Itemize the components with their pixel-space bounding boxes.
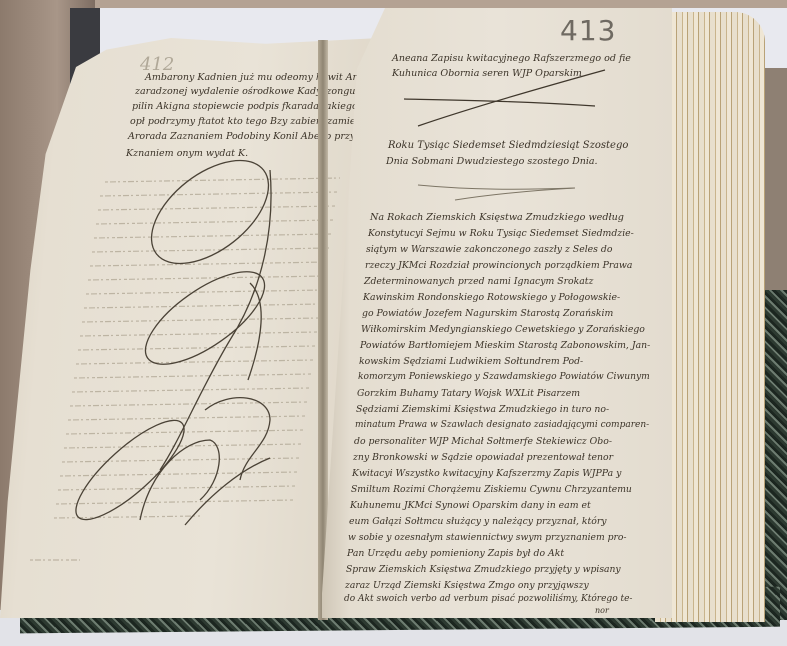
- right-page-body-line: Konstytucyi Sejmu w Roku Tysiąc Siedemse…: [368, 228, 634, 239]
- right-page-body-line: w sobie y ozesnałym stawiennictwy swym p…: [348, 532, 627, 543]
- right-page-body-line: komorzym Poniewskiego y Szawdamskiego Po…: [358, 372, 650, 382]
- right-page-body-line: eum Gałązi Sołtmcu służący y należący pr…: [349, 516, 607, 527]
- right-page-body-line: kowskim Sędziami Ludwikiem Sołtundrem Po…: [359, 356, 583, 367]
- right-page-body-line: minatum Prawa w Szawlach designato zasia…: [355, 420, 649, 430]
- right-page-body-line: Smiltum Rozimi Chorążemu Ziskiemu Cywnu …: [351, 484, 632, 495]
- right-page-body-line: Kuhunemu JKMci Synowi Oparskim dany in e…: [350, 500, 591, 511]
- right-page-body-line: nor: [595, 606, 609, 615]
- right-page-body-line: do Akt swoich verbo ad verbum pisać pozw…: [344, 594, 632, 604]
- right-page-body-line: Gorzkim Buhamy Tatary Wojsk WXLit Pisarz…: [357, 388, 580, 399]
- right-page-body-line: Pan Urzędu aeby pomieniony Zapis był do …: [347, 548, 564, 559]
- right-page-date-line: Dnia Sobmani Dwudziestego szostego Dnia.: [386, 156, 598, 167]
- right-page-body-line: rzeczy JKMci Rozdział prowincionych porz…: [365, 260, 632, 271]
- right-page-body-line: Spraw Ziemskich Księstwa Zmudzkiego przy…: [346, 564, 621, 575]
- right-page-body-line: Powiatów Bartłomiejem Mieskim Starostą Z…: [360, 340, 650, 351]
- right-page-body-line: zaraz Urząd Ziemski Księstwa Zmgo ony pr…: [345, 580, 589, 591]
- right-page-body-line: Kawinskim Rondonskiego Rotowskiego y Poł…: [363, 292, 620, 303]
- right-page-body-line: Sędziami Ziemskimi Księstwa Zmudzkiego i…: [356, 404, 609, 415]
- right-page-body-line: zny Bronkowski w Sądzie opowiadał prezen…: [353, 452, 613, 463]
- right-page-date-line: Roku Tysiąc Siedemset Siedmdziesiąt Szos…: [388, 140, 628, 151]
- right-page-body-line: Wiłkomirskim Medyngianskiego Cewetskiego…: [361, 324, 645, 335]
- right-page-body-line: Zdeterminowanych przed nami Ignacym Srok…: [364, 276, 593, 287]
- right-page-body-line: go Powiatów Jozefem Nagurskim Starostą Z…: [362, 308, 613, 319]
- right-page-body-line: Na Rokach Ziemskich Księstwa Zmudzkiego …: [370, 212, 624, 223]
- right-page-body-line: Kwitacyi Wszystko kwitacyjny Kafszerzmy …: [352, 468, 621, 479]
- right-page-body-line: do personaliter WJP Michał Sołtmerfe Ste…: [354, 436, 612, 447]
- right-page-body-line: siątym w Warszawie zakonczonego zaszły z…: [366, 244, 612, 255]
